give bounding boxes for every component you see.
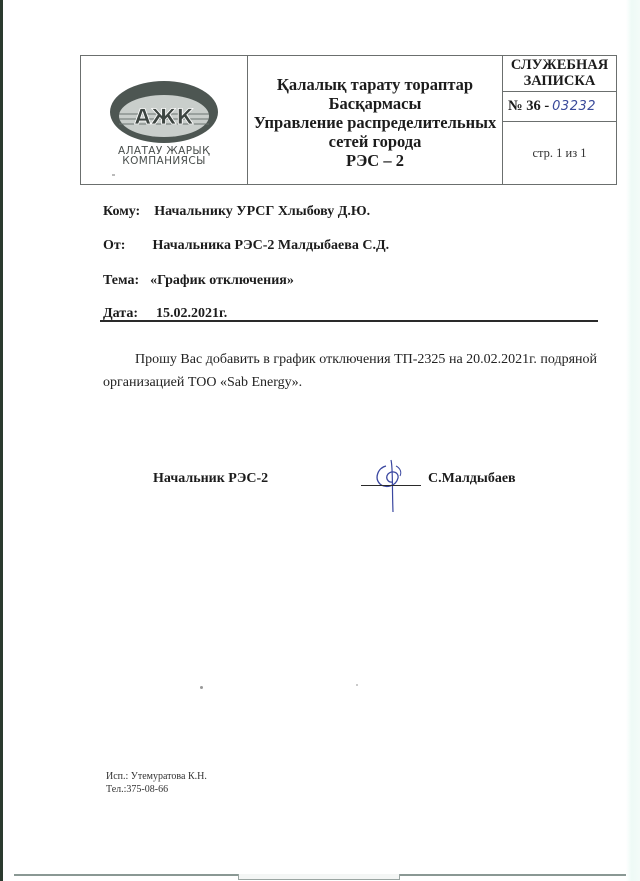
letterhead-table: АЖК АЛАТАУ ЖАРЫҚ КОМПАНИЯСЫ Қалалық тара…: [80, 55, 617, 185]
logo-caption-line2: КОМПАНИЯСЫ: [81, 156, 247, 166]
header-divider: [100, 320, 598, 322]
executor-name: Исп.: Утемуратова К.Н.: [106, 770, 207, 783]
azhk-logo-icon: АЖК: [109, 80, 219, 144]
org-name-ru-line2: сетей города: [254, 132, 496, 151]
scan-border-left: [0, 0, 3, 881]
field-from-value: Начальника РЭС-2 Малдыбаева С.Д.: [152, 238, 389, 253]
memo-title: СЛУЖЕБНАЯ ЗАПИСКА: [503, 56, 616, 92]
scan-border-right: [626, 0, 640, 881]
field-subject-label: Тема:: [103, 273, 139, 289]
memo-title-line2: ЗАПИСКА: [503, 73, 616, 89]
memo-number: № 36 - 03232: [503, 92, 616, 122]
scan-artifact-tab: [238, 874, 400, 880]
scan-speck: [356, 684, 358, 686]
field-to: Кому:Начальнику УРСГ Хлыбову Д.Ю.: [103, 204, 370, 220]
org-name-kz-line1: Қалалық тарату тораптар: [254, 75, 496, 94]
org-department: РЭС – 2: [254, 151, 496, 170]
field-subject-value: «График отключения»: [150, 273, 294, 288]
field-to-label: Кому:: [103, 204, 140, 220]
signature-line: [361, 485, 421, 486]
signatory-name: С.Малдыбаев: [428, 471, 516, 487]
logo-mark-text: АЖК: [134, 105, 193, 129]
logo-caption: АЛАТАУ ЖАРЫҚ КОМПАНИЯСЫ: [81, 146, 247, 166]
organization-name-cell: Қалалық тарату тораптар Басқармасы Управ…: [248, 56, 503, 184]
memo-info-cell: СЛУЖЕБНАЯ ЗАПИСКА № 36 - 03232 стр. 1 из…: [503, 56, 616, 184]
memo-page-count: стр. 1 из 1: [503, 122, 616, 184]
memo-body-paragraph: Прошу Вас добавить в график отключения Т…: [103, 348, 597, 394]
memo-number-printed: № 36 -: [508, 98, 549, 115]
executor-phone: Тел.:375-08-66: [106, 783, 207, 796]
field-subject: Тема:«График отключения»: [103, 273, 294, 289]
org-name-ru-line1: Управление распределительных: [254, 113, 496, 132]
memo-body: Прошу Вас добавить в график отключения Т…: [103, 348, 597, 394]
logo-cell: АЖК АЛАТАУ ЖАРЫҚ КОМПАНИЯСЫ: [81, 56, 248, 184]
handwritten-signature-icon: [366, 456, 416, 516]
scan-speck: [200, 686, 203, 689]
field-date-value: 15.02.2021г.: [156, 306, 227, 321]
field-from-label: От:: [103, 238, 125, 254]
executor-info: Исп.: Утемуратова К.Н. Тел.:375-08-66: [106, 770, 207, 796]
org-name-kz-line2: Басқармасы: [254, 94, 496, 113]
scan-speck: [112, 174, 115, 176]
field-to-value: Начальнику УРСГ Хлыбову Д.Ю.: [154, 204, 370, 219]
memo-title-line1: СЛУЖЕБНАЯ: [503, 57, 616, 73]
signatory-title: Начальник РЭС-2: [153, 471, 268, 487]
memo-number-handwritten: 03232: [552, 99, 596, 114]
field-from: От:Начальника РЭС-2 Малдыбаева С.Д.: [103, 238, 389, 254]
